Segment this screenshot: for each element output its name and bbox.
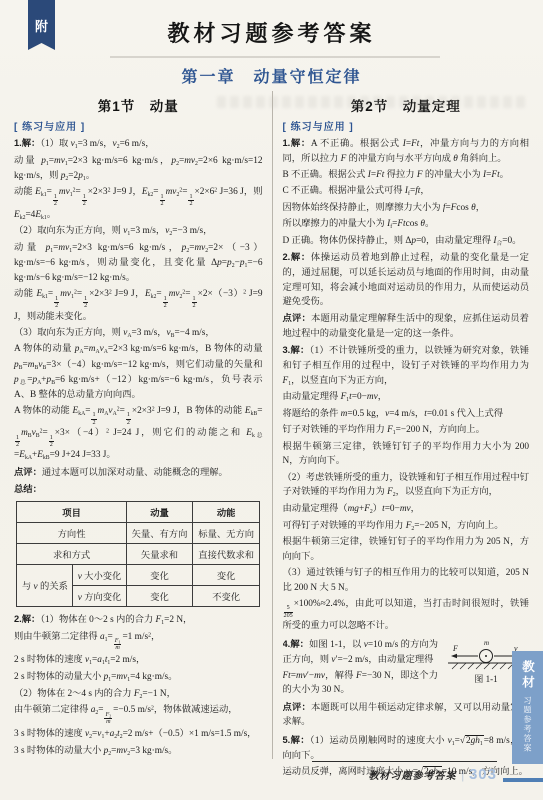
table-cell: v 方向变化: [73, 585, 126, 606]
table-group-cell: 与 v 的关系: [17, 564, 73, 606]
answer-paragraph: 因物体始终保持静止，则摩擦力大小为 f=Fcos θ，: [283, 201, 530, 216]
chapter-title: 第一章 动量守恒定律: [0, 64, 543, 87]
scan-bleed-artifact: [217, 96, 527, 108]
answer-paragraph: 动能 Ek1=12mv12=12×2×32 J=9 J，Ek2=12mv22=1…: [14, 287, 263, 324]
table-cell: 矢量求和: [126, 543, 193, 564]
answer-paragraph: C 不正确。根据冲量公式可得 If=ft，: [283, 184, 530, 199]
answer-paragraph: 由牛顿第二定律得 a2=F2m=−0.5 m/s2，物体做减速运动，: [14, 703, 263, 725]
answer-paragraph: 5205×100%≈2.4%，由此可以知道，当打击时间很短时，铁锤所受的重力可以…: [283, 597, 530, 634]
summary-label: 总结：: [14, 482, 263, 498]
answer-paragraph: （2）考虑铁锤所受的重力，设铁锤和钉子相互作用过程中钉子对铁锤的平均作用力为 F…: [283, 471, 530, 501]
table-cell: v 大小变化: [73, 564, 126, 585]
footer-separator: |: [462, 768, 464, 782]
answer-paragraph: 3.解：（1）不计铁锤所受的重力，以铁锤为研究对象，铁锤和钉子相互作用的过程中，…: [283, 343, 530, 389]
comment-paragraph: 点评：通过本题可以加深对动量、动能概念的理解。: [14, 465, 263, 481]
table-cell: 不变化: [193, 585, 260, 606]
section-1-momentum: 第1节 动量 [ 练习与应用 ] 1.解：（1）取 v1=3 m/s，v2=6 …: [12, 91, 272, 759]
answer-paragraph: 动量 p1=mv1=2×3 kg·m/s=6 kg·m/s，p2=mv2=2×6…: [14, 154, 263, 184]
ball-center-dot: [485, 655, 487, 657]
answer-paragraph: （3）通过铁锤与钉子的相互作用力的比较可以知道，205 N 比 200 N 大 …: [283, 566, 530, 595]
answer-paragraph: 根据牛顿第三定律，铁锤钉钉子的平均作用力大小为 200 N，方向向下。: [283, 440, 530, 469]
answer-paragraph: 1.解：（1）取 v1=3 m/s，v2=6 m/s，: [14, 136, 263, 152]
answer-paragraph: 根据牛顿第三定律，铁锤钉钉子的平均作用力为 205 N，方向向下。: [283, 535, 530, 564]
answer-paragraph: 钉子对铁锤的平均作用力 F1=−200 N，方向向上。: [283, 423, 530, 438]
answer-paragraph: 将题给的条件 m=0.5 kg，v=4 m/s，t=0.01 s 代入上式得: [283, 407, 530, 422]
answer-paragraph: B 不正确。根据公式 I=Ft 得拉力 F 的冲量大小为 I=Ft。: [283, 168, 530, 183]
table-header-cell: 动量: [126, 501, 193, 522]
force-label: F: [452, 644, 458, 653]
answer-paragraph: （2）物体在 2～4 s 内的合力 F2=−1 N，: [14, 687, 263, 702]
appendix-badge-label: 附: [35, 16, 48, 35]
answer-paragraph: 动量 p1=mv1=2×3 kg·m/s=6 kg·m/s，p2=mv2=2×（…: [14, 241, 263, 286]
practice-tag-left: [ 练习与应用 ]: [14, 118, 263, 133]
edge-index-tab: 教材 习题参考答案: [512, 651, 543, 764]
answer-paragraph: 所以摩擦力的冲量大小为 If=Ftcos θ。: [283, 217, 530, 232]
table-header-cell: 动能: [193, 501, 260, 522]
answer-paragraph: D 正确。物体仍保持静止，则 Δp=0，由动量定理得 I合=0。: [283, 234, 530, 249]
table-cell: 方向性: [17, 522, 126, 543]
answer-paragraph: 3 s 时物体的动量大小 p2=mv2=3 kg·m/s。: [14, 744, 263, 759]
page-number: 303: [469, 766, 497, 783]
table-row: 方向性 矢量、有方向 标量、无方向: [17, 522, 260, 543]
corner-accent-bar: [503, 778, 543, 783]
summary-table: 项目 动量 动能 方向性 矢量、有方向 标量、无方向 求和方式 矢量求和 直接代…: [16, 501, 260, 607]
answer-paragraph: A 物体的动能 EkA=12mAvA2=12×2×32 J=9 J，B 物体的动…: [14, 404, 263, 464]
table-cell: 变化: [193, 564, 260, 585]
table-header-cell: 项目: [17, 501, 126, 522]
comment-paragraph: 点评：本题用动量定理解释生活中的现象，应抓住运动员着地过程中的动量变化量是一定的…: [283, 311, 530, 341]
practice-tag-right: [ 练习与应用 ]: [283, 118, 530, 133]
section-2-momentum-theorem: 第2节 动量定理 [ 练习与应用 ] 1.解：A 不正确。根据公式 I=Ft，冲…: [272, 91, 532, 759]
page-title: 教材习题参考答案: [0, 0, 543, 48]
answer-paragraph: 可得钉子对铁锤的平均作用力 F2=−205 N，方向向上。: [283, 519, 530, 534]
answer-paragraph: 3 s 时物体的速度 v2=v1+a2t2=2 m/s+（−0.5）×1 m/s…: [14, 727, 263, 742]
answer-paragraph: （3）取向东为正方向，则 vA=3 m/s，vB=−4 m/s，: [14, 326, 263, 341]
scanned-book-page: 附 教材习题参考答案 第一章 动量守恒定律 第1节 动量 [ 练习与应用 ] 1…: [0, 0, 543, 800]
table-cell: 矢量、有方向: [126, 522, 193, 543]
comment-paragraph: 点评：本题既可以用牛顿运动定律求解，又可以用动量定理求解。: [283, 700, 530, 730]
table-row: 与 v 的关系 v 大小变化 变化 变化: [17, 564, 260, 585]
edge-tab-title: 教材: [519, 660, 537, 691]
table-cell: 求和方式: [17, 543, 126, 564]
header-divider: [110, 56, 440, 58]
answer-paragraph: 1.解：A 不正确。根据公式 I=Ft，冲量方向与力的方向相同，所以拉力 F 的…: [283, 136, 530, 166]
edge-tab-subtitle: 习题参考答案: [522, 696, 533, 753]
answer-paragraph: 则由牛顿第二定律得 a1=F1m=1 m/s2，: [14, 630, 263, 652]
question-4-block: F v m 图 1-1 4.解：如图 1-1，以 v=10 m/s 的方向为正方…: [283, 635, 530, 731]
answer-paragraph: A 物体的动量 pA=mAvA=2×3 kg·m/s=6 kg·m/s，B 物体…: [14, 342, 263, 402]
table-row: 项目 动量 动能: [17, 501, 260, 522]
answer-paragraph: 5.解：（1）运动员刚触网时的速度大小 v1=2gh1=8 m/s，方向向下。: [283, 733, 530, 764]
page-footer: 教材习题参考答案|303: [312, 761, 497, 784]
table-row: 求和方式 矢量求和 直接代数求和: [17, 543, 260, 564]
footer-rule: [312, 761, 497, 762]
footer-book-label: 教材习题参考答案: [369, 771, 457, 782]
mass-label: m: [484, 639, 489, 647]
table-cell: 标量、无方向: [193, 522, 260, 543]
answer-paragraph: 2 s 时物体的速度 v1=a1t1=2 m/s，: [14, 653, 263, 668]
answer-paragraph: 由动量定理得（mg+F2）t=0−mv，: [283, 502, 530, 517]
answer-paragraph: 动能 Ek1=12mv12=12×2×32 J=9 J，Ek2=12mv22=1…: [14, 185, 263, 222]
table-cell: 直接代数求和: [193, 543, 260, 564]
table-cell: 变化: [126, 564, 193, 585]
answer-paragraph: 2.解：体操运动员着地到静止过程，动量的变化量是一定的，通过屈腿，可以延长运动员…: [283, 250, 530, 310]
table-cell: 变化: [126, 585, 193, 606]
answer-paragraph: 2 s 时物体的动量大小 p1=mv1=4 kg·m/s。: [14, 670, 263, 685]
answer-paragraph: 由动量定理得 F1t=0−mv，: [283, 390, 530, 405]
force-arrowhead: [451, 654, 457, 658]
answer-paragraph: 2.解：（1）物体在 0～2 s 内的合力 F1=2 N，: [14, 612, 263, 628]
answer-paragraph: （2）取向东为正方向，则 v1=3 m/s，v2=−3 m/s，: [14, 224, 263, 239]
appendix-bookmark-ribbon: 附: [28, 0, 55, 50]
content-columns: 第1节 动量 [ 练习与应用 ] 1.解：（1）取 v1=3 m/s，v2=6 …: [0, 91, 543, 759]
